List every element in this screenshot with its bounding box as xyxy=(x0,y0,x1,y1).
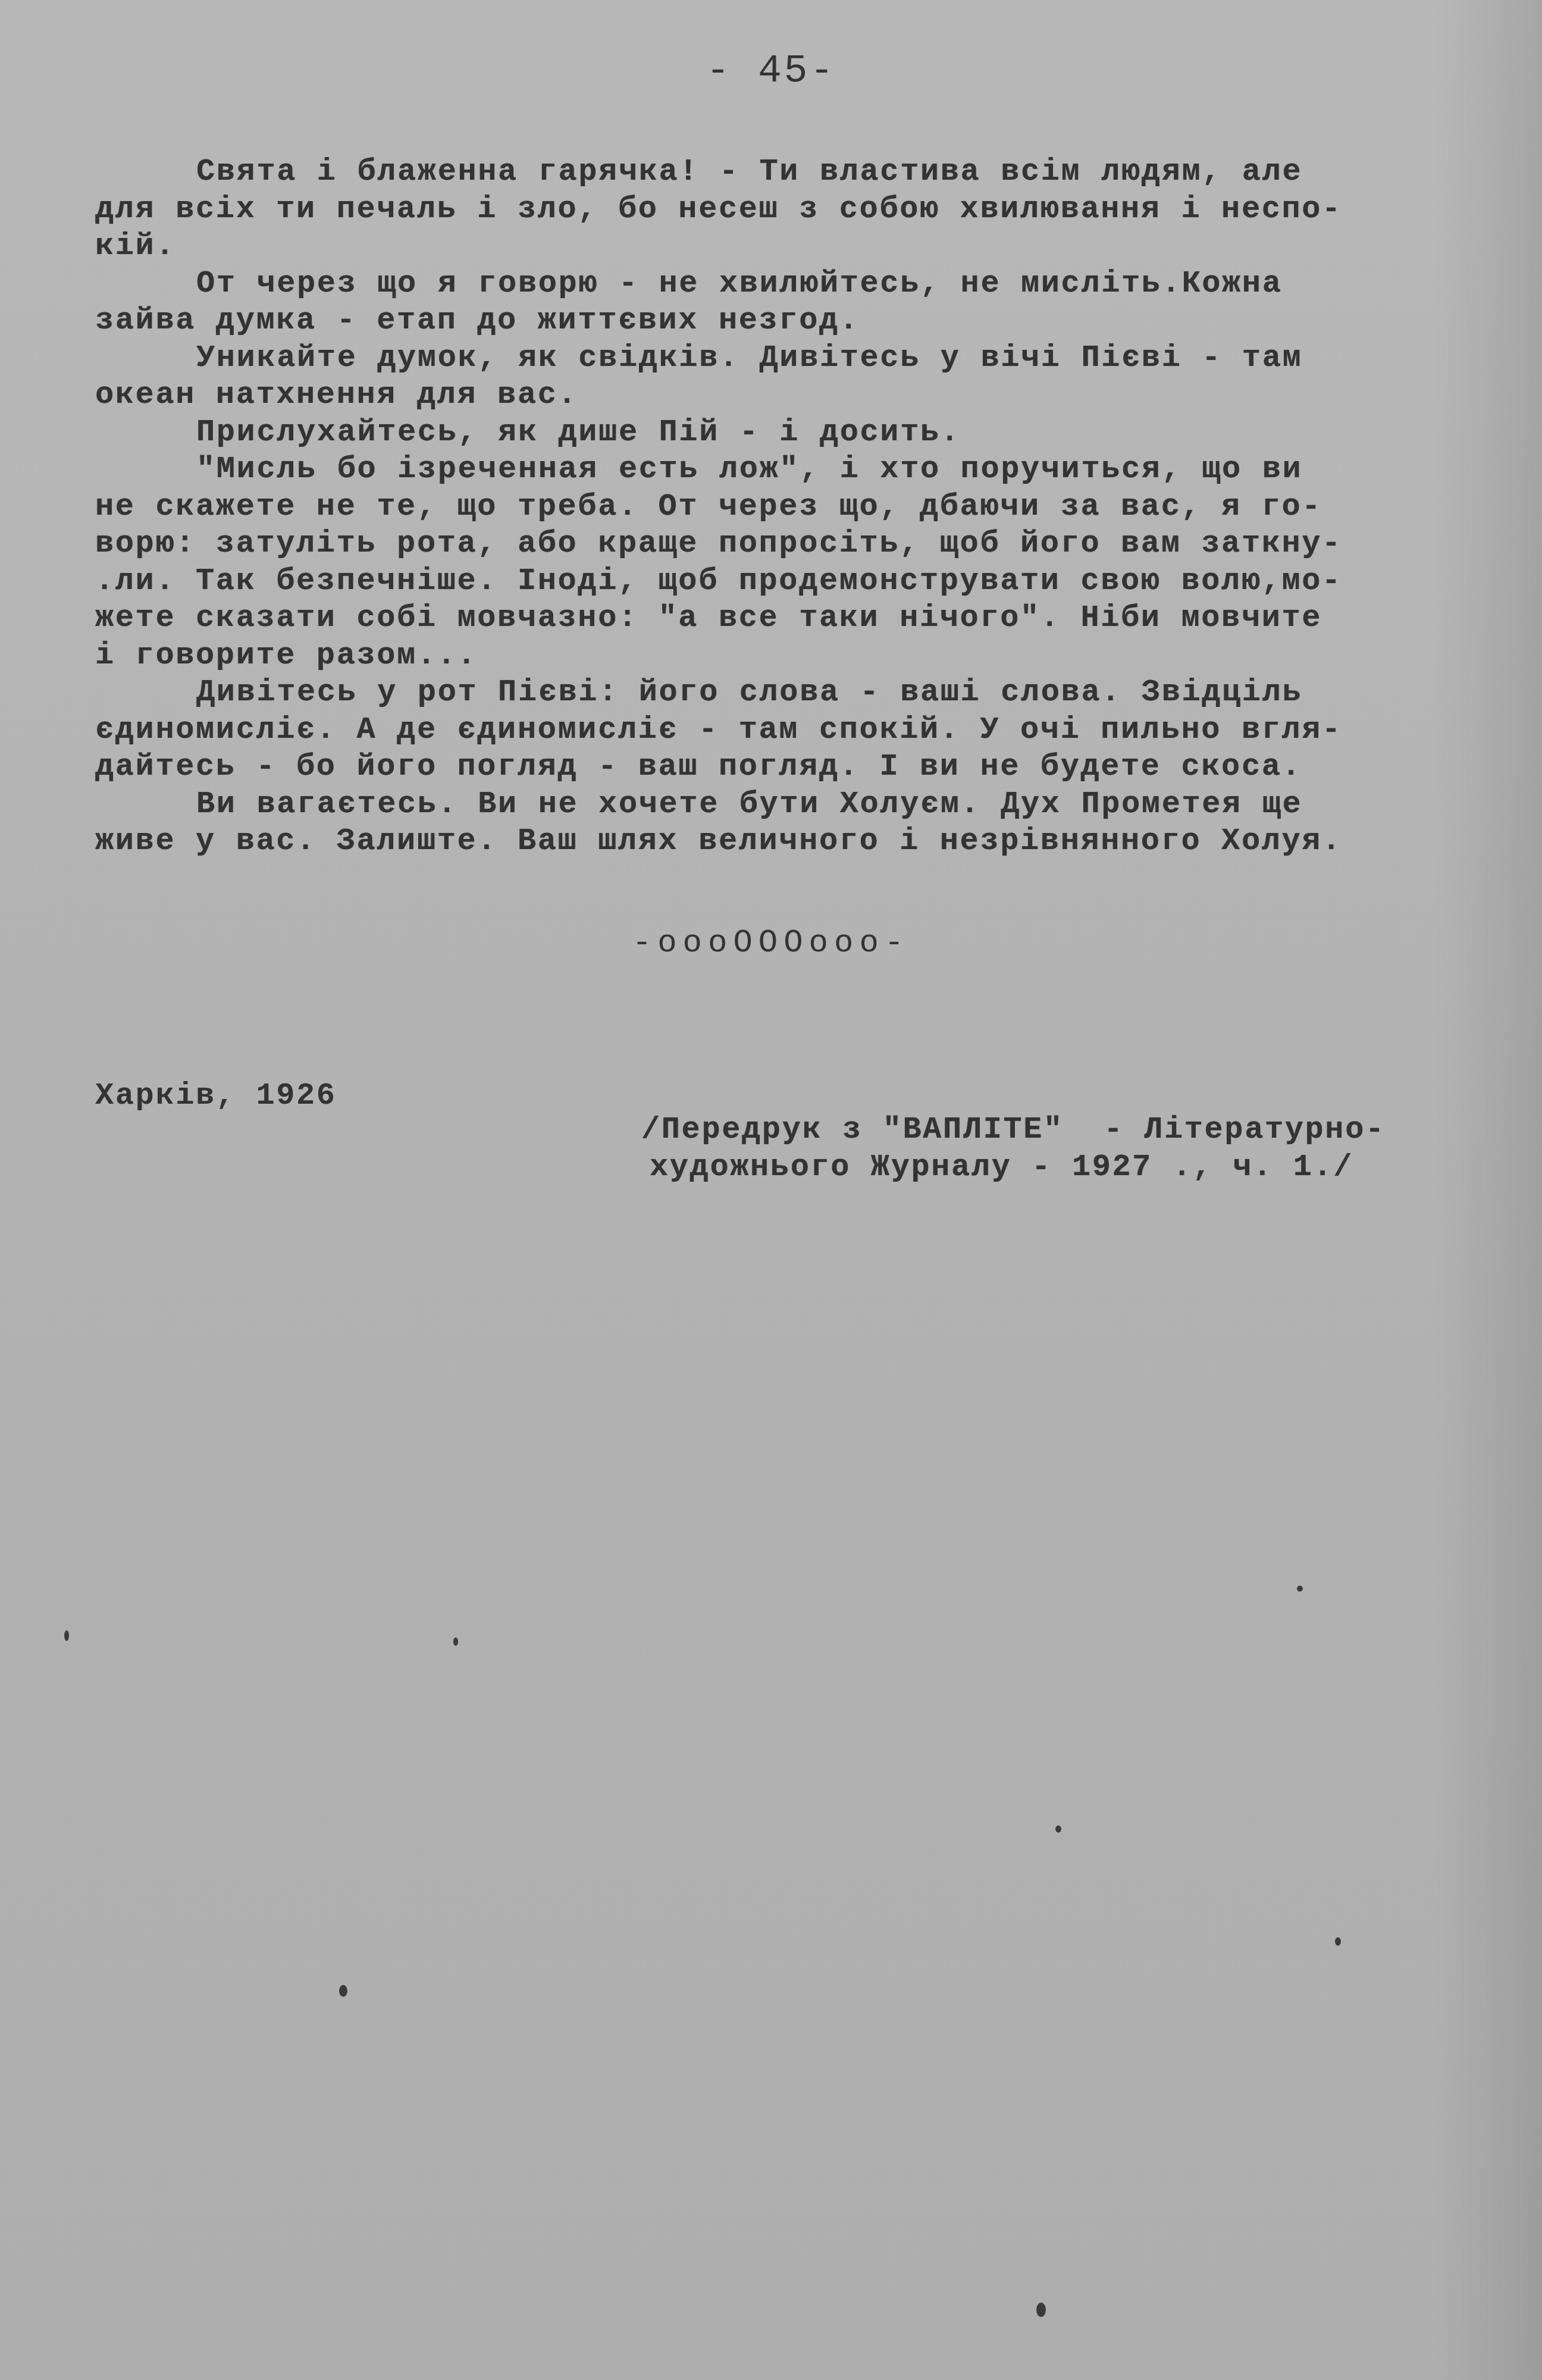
text-line: ворю: затуліть рота, або краще попросіть… xyxy=(95,525,1446,563)
document-body: Свята і блаженна гарячка! - Ти властива … xyxy=(95,154,1446,860)
text-line: зайва думка - етап до життєвих незгод. xyxy=(95,302,1446,340)
text-line: океан натхнення для вас. xyxy=(95,377,1446,414)
source-note-line: художнього Журналу - 1927 ., ч. 1./ xyxy=(641,1149,1386,1186)
text-line: жете сказати собі мовчазно: "а все таки … xyxy=(95,600,1446,637)
text-line: дайтесь - бо його погляд - ваш погляд. І… xyxy=(95,749,1446,786)
source-note: /Передрук з "ВАПЛІТЕ" - Літературно- худ… xyxy=(641,1111,1386,1186)
scan-speck xyxy=(64,1630,69,1641)
section-separator: -oooOOOooo- xyxy=(0,925,1542,962)
scan-speck xyxy=(1036,2303,1046,2317)
source-note-line: /Передрук з "ВАПЛІТЕ" - Літературно- xyxy=(641,1111,1386,1149)
text-line: Дивітесь у рот Пієві: його слова - ваші … xyxy=(95,674,1446,712)
scan-speck xyxy=(453,1637,458,1646)
text-line: "Мисль бо ізреченная есть лож", і хто по… xyxy=(95,451,1446,488)
text-line: Уникайте думок, як свідків. Дивітесь у в… xyxy=(95,340,1446,377)
place-date: Харків, 1926 xyxy=(95,1078,337,1113)
text-line: живе у вас. Залиште. Ваш шлях величного … xyxy=(95,823,1446,860)
text-line: не скажете не те, що треба. От через що,… xyxy=(95,488,1446,526)
text-line: і говорите разом... xyxy=(95,637,1446,675)
page-number: - 45- xyxy=(0,49,1542,93)
text-line: .ли. Так безпечніше. Іноді, щоб продемон… xyxy=(95,563,1446,600)
text-line: єдиномислiє. А де єдиномислiє - там спок… xyxy=(95,712,1446,749)
scan-speck xyxy=(1055,1825,1061,1833)
scan-speck xyxy=(1297,1586,1303,1592)
scan-speck xyxy=(1335,1937,1341,1946)
text-line: От через що я говорю - не хвилюйтесь, не… xyxy=(95,265,1446,303)
text-line: Ви вагаєтесь. Ви не хочете бути Холуєм. … xyxy=(95,786,1446,823)
text-line: кій. xyxy=(95,228,1446,265)
text-line: Свята і блаженна гарячка! - Ти властива … xyxy=(95,154,1446,191)
text-line: Прислухайтесь, як дише Пій - і досить. xyxy=(95,414,1446,452)
scan-speck xyxy=(339,1985,347,1997)
text-line: для всіх ти печаль і зло, бо несеш з соб… xyxy=(95,191,1446,228)
